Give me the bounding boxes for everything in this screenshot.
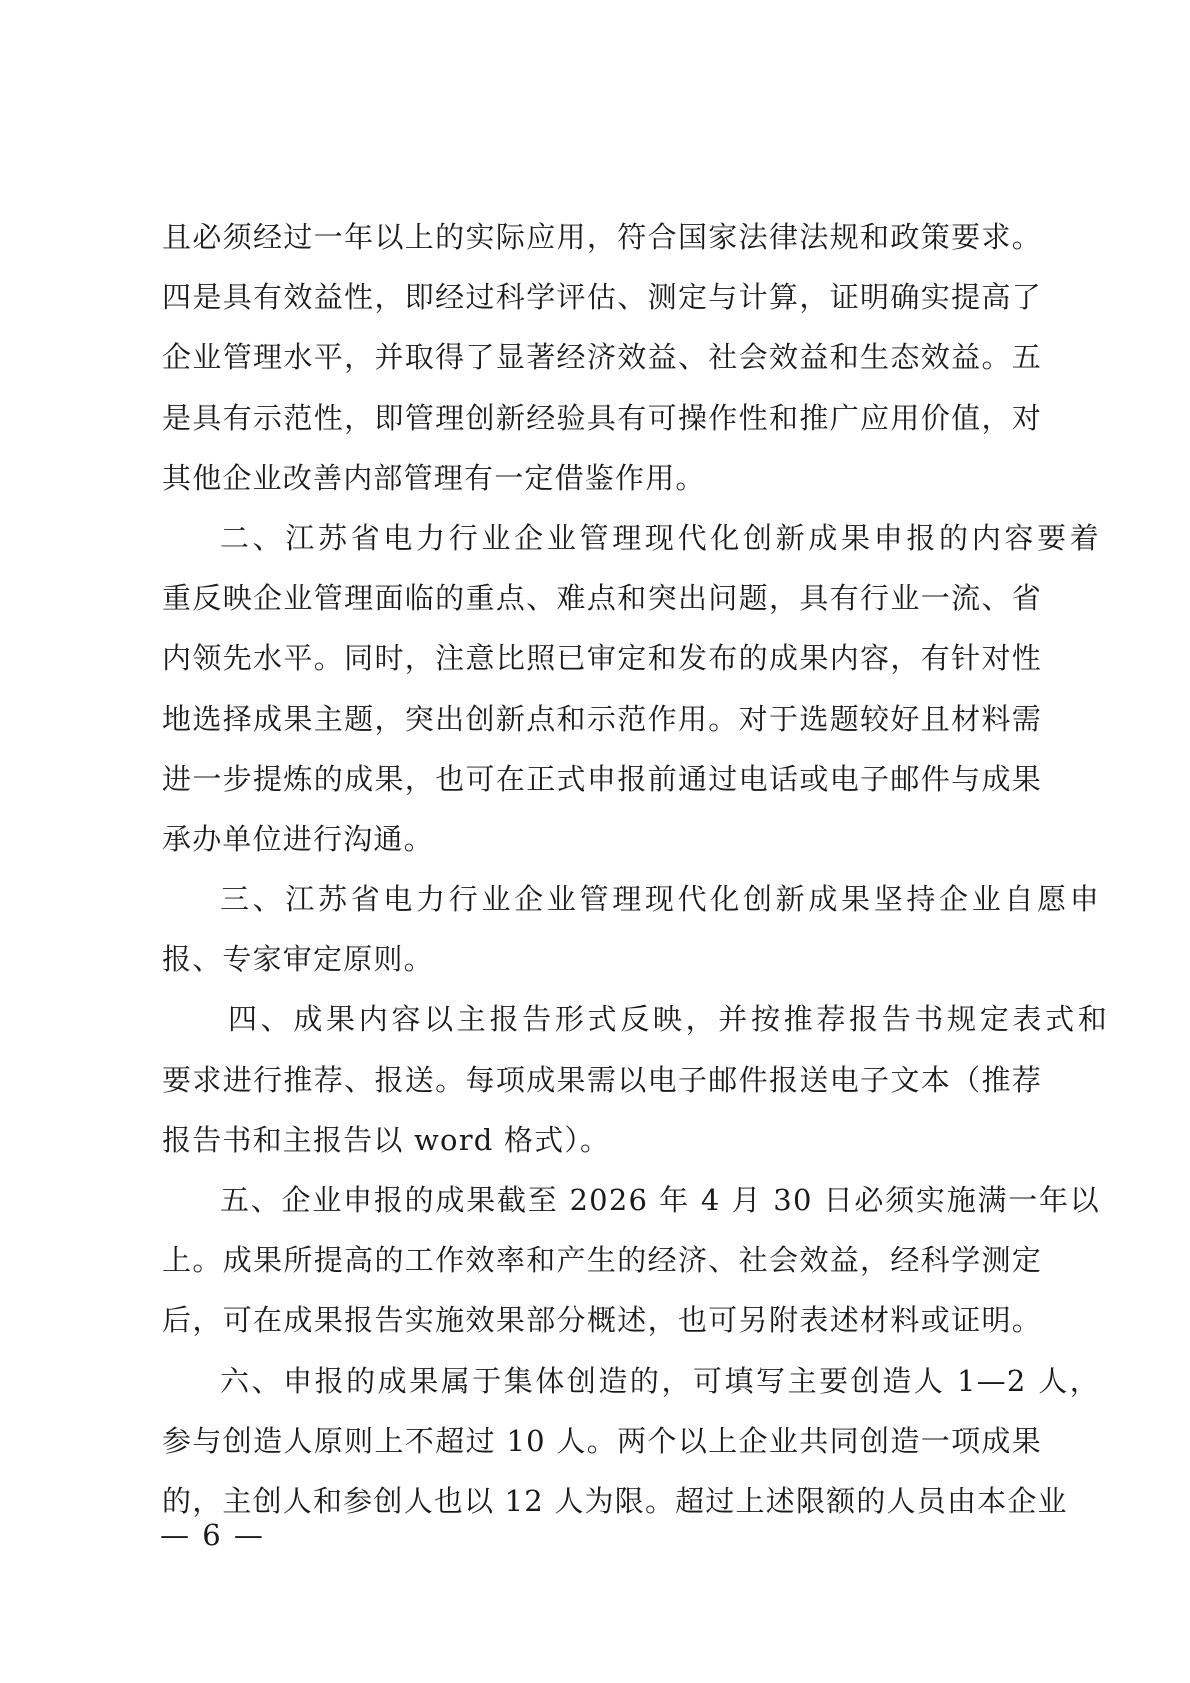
text-line: 承办单位进行沟通。 (162, 809, 1042, 869)
paragraph-6-start: 六、申报的成果属于集体创造的，可填写主要创造人 1—2 人， (162, 1351, 1100, 1411)
paragraph-3-start: 三、江苏省电力行业企业管理现代化创新成果坚持企业自愿申 (162, 869, 1100, 929)
text-line: 四是具有效益性，即经过科学评估、测定与计算，证明确实提高了 (162, 267, 1042, 327)
text-line: 其他企业改善内部管理有一定借鉴作用。 (162, 448, 1042, 508)
text-line: 后，可在成果报告实施效果部分概述，也可另附表述材料或证明。 (162, 1290, 1042, 1350)
paragraph-2-start: 二、江苏省电力行业企业管理现代化创新成果申报的内容要着 (162, 508, 1100, 568)
text-line: 要求进行推荐、报送。每项成果需以电子邮件报送电子文本（推荐 (162, 1050, 1042, 1110)
paragraph-5-start: 五、企业申报的成果截至 2026 年 4 月 30 日必须实施满一年以 (162, 1170, 1100, 1230)
text-line: 地选择成果主题，突出创新点和示范作用。对于选题较好且材料需 (162, 689, 1042, 749)
page-number: — 6 — (160, 1518, 265, 1552)
text-line: 且必须经过一年以上的实际应用，符合国家法律法规和政策要求。 (162, 207, 1042, 267)
text-line: 上。成果所提高的工作效率和产生的经济、社会效益，经科学测定 (162, 1230, 1042, 1290)
text-line: 报告书和主报告以 word 格式）。 (162, 1110, 1042, 1170)
text-line: 进一步提炼的成果，也可在正式申报前通过电话或电子邮件与成果 (162, 749, 1042, 809)
text-line: 报、专家审定原则。 (162, 929, 1042, 989)
text-line: 是具有示范性，即管理创新经验具有可操作性和推广应用价值，对 (162, 388, 1042, 448)
text-line: 重反映企业管理面临的重点、难点和突出问题，具有行业一流、省 (162, 568, 1042, 628)
document-body: 且必须经过一年以上的实际应用，符合国家法律法规和政策要求。 四是具有效益性，即经… (162, 207, 1042, 1531)
text-line: 内领先水平。同时，注意比照已审定和发布的成果内容，有针对性 (162, 628, 1042, 688)
text-line: 企业管理水平，并取得了显著经济效益、社会效益和生态效益。五 (162, 327, 1042, 387)
text-line: 参与创造人原则上不超过 10 人。两个以上企业共同创造一项成果 (162, 1411, 1042, 1471)
document-page: 且必须经过一年以上的实际应用，符合国家法律法规和政策要求。 四是具有效益性，即经… (0, 0, 1190, 1683)
text-line: 的，主创人和参创人也以 12 人为限。超过上述限额的人员由本企业 (162, 1471, 1042, 1531)
paragraph-4-start: 四、成果内容以主报告形式反映，并按推荐报告书规定表式和 (162, 989, 1108, 1049)
